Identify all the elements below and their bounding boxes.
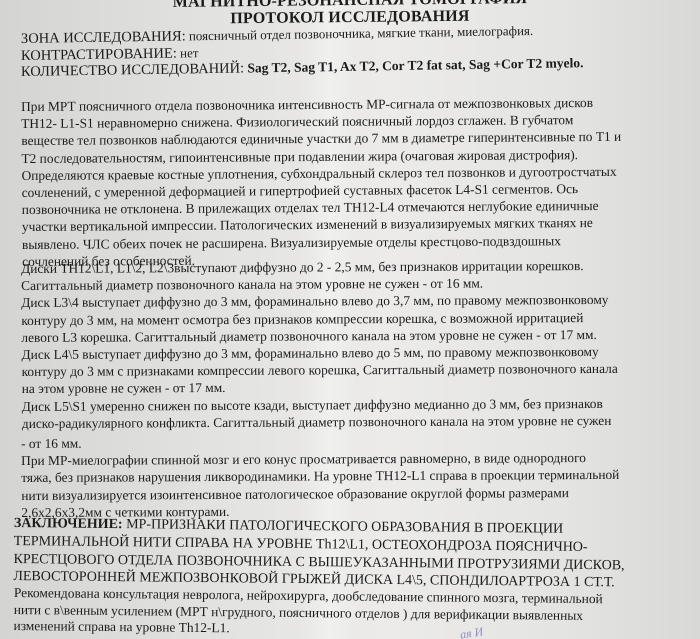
stamp-fragment: ая И (459, 624, 484, 639)
conclusion-text: МР-ПРИЗНАКИ ПАТОЛОГИЧЕСКОГО ОБРАЗОВАНИЯ … (123, 517, 564, 537)
text-line: диско-радикулярного конфликта. Сагитталь… (22, 411, 700, 432)
zone-label: ЗОНА ИССЛЕДОВАНИЯ: (21, 28, 186, 47)
myelography-paragraph: - от 16 мм. При МР-миелографии спинной м… (21, 431, 700, 521)
count-value: Sag T2, Sag T1, Ax T2, Cor T2 fat sat, S… (244, 55, 584, 75)
description-paragraph: При МРТ поясничного отдела позвоночника … (21, 93, 700, 270)
conclusion-block: ЗАКЛЮЧЕНИЕ: МР-ПРИЗНАКИ ПАТОЛОГИЧЕСКОГО … (13, 515, 625, 593)
discs-paragraph: Диски TH12\L1, L1\2, L2\3выступают диффу… (21, 256, 700, 432)
document-page: МАГНИТНО-РЕЗОНАНСНАЯ ТОМОГРАФИЯ ПРОТОКОЛ… (0, 0, 700, 639)
count-label: КОЛИЧЕСТВО ИССЛЕДОВАНИЙ: (21, 60, 244, 80)
text-line: тяжа, без признаков нарушения ликвородин… (21, 466, 700, 487)
contrast-value: нет (177, 45, 199, 60)
conclusion-label: ЗАКЛЮЧЕНИЕ: (14, 516, 123, 532)
recommendation-block: Рекомендована консультация невролога, не… (13, 585, 602, 639)
text-line: Диск L3\4 выступает диффузно до 3 мм, фо… (21, 291, 700, 312)
